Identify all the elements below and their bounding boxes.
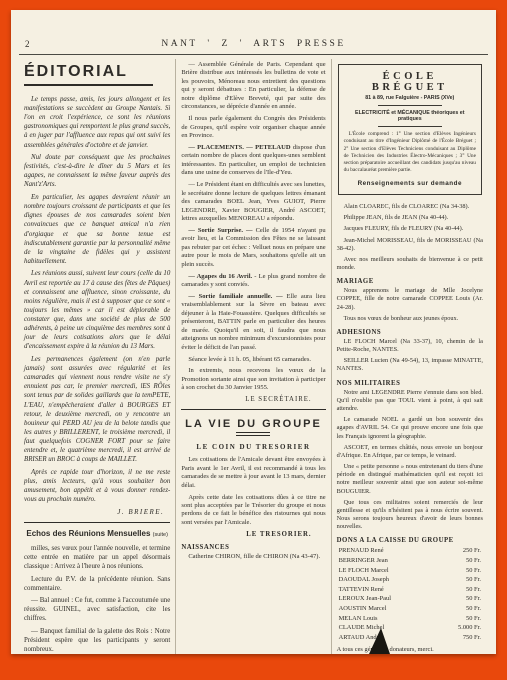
donor-name: PRENAUD René <box>339 546 384 556</box>
ad-footer: Renseignements sur demande <box>344 180 476 187</box>
militaires-paragraph: Notre ami LEGENDRE Pierre s'ennuie dans … <box>337 389 483 414</box>
adhesion-item: SEILLER Lucien (Na 49-54), 13, impasse M… <box>337 357 483 373</box>
donor-amount: 250 Fr. <box>463 546 481 556</box>
masthead: NANT ' Z ' ARTS PRESSE <box>19 39 488 49</box>
adhesions-heading: ADHESIONS <box>337 329 483 336</box>
editorial-title: ÉDITORIAL <box>24 63 153 86</box>
militaires-paragraph: Que tous ces militaires soient remerciés… <box>337 499 483 532</box>
paragraph-text: In extremis, nous recevons les vœux de l… <box>181 367 325 391</box>
echos-paragraph: Lecture du P.V. de la précédente réunion… <box>24 575 170 593</box>
donor-row: CLAUDE Michel5.000 Fr. <box>337 623 483 633</box>
article-paragraph: — Sortie familiale annuelle. — Elle aura… <box>181 293 325 352</box>
donor-name: TATTEVIN René <box>339 585 384 595</box>
tresorier-paragraph: Après cette date les cotisations dûes à … <box>181 494 325 528</box>
militaires-paragraph: ASCOET, en termes châtiés, nous envoie u… <box>337 444 483 460</box>
tresorier-title: LE COIN DU TRESORIER <box>181 443 325 451</box>
donor-amount: 50 Fr. <box>466 585 481 595</box>
paragraph-text: — Assemblée Générale de Paris. Cependant… <box>181 61 325 110</box>
editorial-paragraph: Après ce rapide tour d'horizon, il ne me… <box>24 468 170 504</box>
echos-paragraph: — Bal annuel : Ce fut, comme à l'accoutu… <box>24 596 170 623</box>
paragraph-text: Il nous parle également du Congrès des P… <box>181 115 325 139</box>
editorial-paragraph: Les permanences également (on n'en parle… <box>24 355 170 464</box>
donor-name: BERRINGER Jean <box>339 556 388 566</box>
paragraph-text: — Le Président étant en difficultés avec… <box>181 181 325 222</box>
mariage-heading: MARIAGE <box>337 278 483 285</box>
article-paragraph: — Le Président étant en difficultés avec… <box>181 181 325 223</box>
editorial-paragraph: Les réunions aussi, suivent leur cours (… <box>24 269 170 351</box>
paragraph-lead: — Sortie Surprise. — <box>188 227 252 234</box>
ad-body: L'École comprend : 1° Une section d'Elèv… <box>344 131 476 175</box>
militaires-paragraph: Le camarade NOEL a gardé un bon souvenir… <box>337 416 483 441</box>
donor-amount: 50 Fr. <box>466 594 481 604</box>
echos-title-suffix: (suite) <box>153 532 168 538</box>
donor-name: MELAN Louis <box>339 614 378 624</box>
newspaper-page: 2 NANT ' Z ' ARTS PRESSE ÉDITORIAL Le te… <box>11 10 496 654</box>
page-header: 2 NANT ' Z ' ARTS PRESSE <box>19 10 488 55</box>
paragraph-lead: — Sortie familiale annuelle. — <box>188 293 282 300</box>
dons-footer: A tous ces généreux donateurs, merci. <box>337 646 483 653</box>
donor-row: PRENAUD René250 Fr. <box>337 546 483 556</box>
donor-name: AOUSTIN Marcel <box>339 604 387 614</box>
article-paragraph: — PLACEMENTS. — PETELAUD dispose d'un ce… <box>181 144 325 178</box>
ad-address: 81 à 89, rue Falguière - PARIS (XVe) <box>344 95 476 101</box>
column-middle: — Assemblée Générale de Paris. Cependant… <box>175 59 331 654</box>
donor-row: LE FLOCH Marcel50 Fr. <box>337 566 483 576</box>
donor-row: AOUSTIN Marcel50 Fr. <box>337 604 483 614</box>
mariage-paragraph: Tous nos vœux de bonheur aux jeunes épou… <box>337 315 483 323</box>
ad-divider <box>378 105 442 106</box>
paragraph-text: Elle aura lieu vraisemblablement sur la … <box>181 293 325 351</box>
donor-row: ARTAUD André750 Fr. <box>337 633 483 643</box>
vie-du-groupe-title: LA VIE DU GROUPE <box>181 418 325 430</box>
donor-amount: 50 Fr. <box>466 604 481 614</box>
donor-row: BERRINGER Jean50 Fr. <box>337 556 483 566</box>
donor-row: TATTEVIN René50 Fr. <box>337 585 483 595</box>
donor-amount: 50 Fr. <box>466 575 481 585</box>
naissances-text: Catherine CHIRON, fille de CHIRON (Na 43… <box>181 553 325 561</box>
secretary-signature: LE SECRÉTAIRE. <box>181 396 325 403</box>
donor-name: DAOUDAL Joseph <box>339 575 389 585</box>
donor-name: LE FLOCH Marcel <box>339 566 389 576</box>
editorial-signature: J. BRIERE. <box>24 508 170 516</box>
militaires-paragraph: Une « petite personne » nous entretenant… <box>337 463 483 496</box>
donor-row: DAOUDAL Joseph50 Fr. <box>337 575 483 585</box>
birth-item: Jacques FLEURY, fils de FLEURY (Na 40-44… <box>337 225 483 233</box>
article-paragraph: Séance levée à 11 h. 05, libérant 65 cam… <box>181 356 325 364</box>
mariage-paragraph: Nous apprenons le mariage de Mlle Jocely… <box>337 287 483 312</box>
paragraph-lead: — Agapes du 16 Avril. <box>188 273 252 280</box>
donor-amount: 50 Fr. <box>466 614 481 624</box>
editorial-paragraph: Nul doute par conséquent que les prochai… <box>24 153 170 189</box>
echos-title: Echos des Réunions Mensuelles (suite) <box>24 529 170 538</box>
donor-amount: 50 Fr. <box>466 566 481 576</box>
ad-title: ÉCOLE BRÉGUET <box>344 71 476 93</box>
title-underline <box>236 432 270 436</box>
ad-divider <box>378 126 442 127</box>
article-paragraph: Il nous parle également du Congrès des P… <box>181 115 325 140</box>
naissances-heading: NAISSANCES <box>181 544 325 551</box>
birth-item: Avec nos meilleurs souhaits de bienvenue… <box>337 256 483 272</box>
echos-paragraph: — Banquet familial de la galette des Roi… <box>24 627 170 654</box>
echos-paragraph: milles, ses vœux pour l'année nouvelle, … <box>24 544 170 571</box>
article-paragraph: In extremis, nous recevons les vœux de l… <box>181 367 325 392</box>
birth-item: Jean-Michel MORISSEAU, fils de MORISSEAU… <box>337 237 483 253</box>
birth-item: Alain CLOAREC, fils de CLOAREC (Na 34-38… <box>337 203 483 211</box>
militaires-heading: NOS MILITAIRES <box>337 380 483 387</box>
donor-amount: 5.000 Fr. <box>458 623 481 633</box>
column-right: ÉCOLE BRÉGUET 81 à 89, rue Falguière - P… <box>332 59 488 654</box>
donor-amount: 750 Fr. <box>463 633 481 643</box>
tresorier-paragraph: Les cotisations de l'Amicale devant être… <box>181 456 325 490</box>
ecole-breguet-ad: ÉCOLE BRÉGUET 81 à 89, rue Falguière - P… <box>338 64 482 195</box>
donor-name: LEROUX Jean-Paul <box>339 594 391 604</box>
article-paragraph: — Agapes du 16 Avril. - Le plus grand no… <box>181 273 325 290</box>
editorial-paragraph: En particulier, les agapes devraient réu… <box>24 193 170 266</box>
page-frame: 2 NANT ' Z ' ARTS PRESSE ÉDITORIAL Le te… <box>0 0 507 680</box>
section-divider <box>24 522 170 523</box>
paragraph-text: Séance levée à 11 h. 05, libérant 65 cam… <box>188 356 311 363</box>
paragraph-lead: — PLACEMENTS. — PETELAUD <box>188 144 290 151</box>
donor-row: MELAN Louis50 Fr. <box>337 614 483 624</box>
donor-row: LEROUX Jean-Paul50 Fr. <box>337 594 483 604</box>
section-divider <box>181 409 325 410</box>
tresorier-signature: LE TRESORIER. <box>181 531 325 538</box>
birth-item: Philippe JEAN, fils de JEAN (Na 40-44). <box>337 214 483 222</box>
echos-title-text: Echos des Réunions Mensuelles <box>26 529 150 538</box>
column-editorial: ÉDITORIAL Le temps passe, amis, les jour… <box>19 59 175 654</box>
article-paragraph: — Sortie Surprise. — Celle de 1954 n'aya… <box>181 227 325 269</box>
donor-amount: 50 Fr. <box>466 556 481 566</box>
ink-smudge-triangle-icon <box>369 628 390 654</box>
columns: ÉDITORIAL Le temps passe, amis, les jour… <box>19 59 488 654</box>
editorial-paragraph: Le temps passe, amis, les jours allongen… <box>24 95 170 150</box>
ad-subtitle: ELECTRICITÉ et MÉCANIQUE théoriques et p… <box>344 110 476 122</box>
adhesion-item: LE FLOCH Marcel (Na 33-37), 10, chemin d… <box>337 338 483 354</box>
dons-heading: DONS A LA CAISSE DU GROUPE <box>337 537 483 544</box>
article-paragraph: — Assemblée Générale de Paris. Cependant… <box>181 61 325 112</box>
